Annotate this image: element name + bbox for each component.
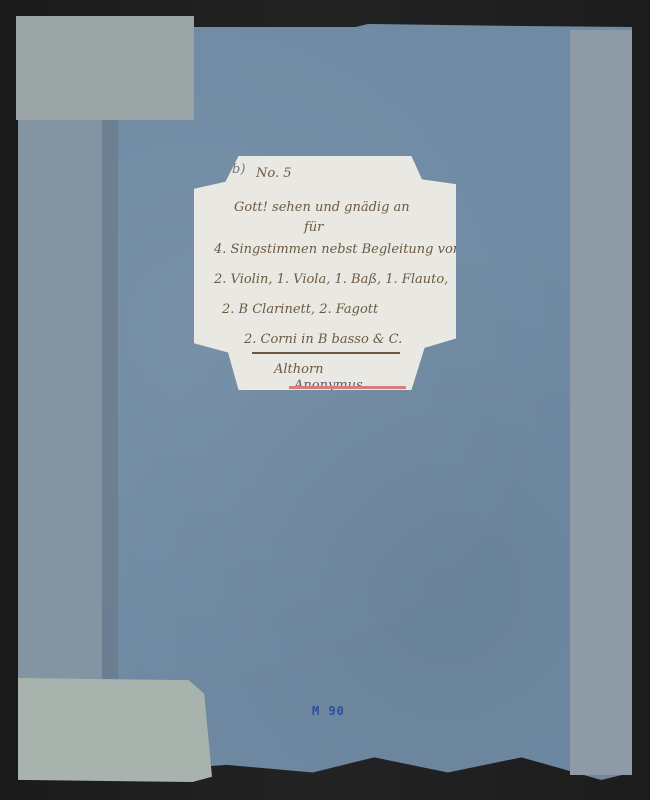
right-paper-strip — [570, 30, 632, 775]
red-underline — [289, 386, 406, 389]
label-divider — [252, 352, 400, 354]
label-title: Gott! sehen und gnädig an — [234, 200, 456, 215]
label-voices: 4. Singstimmen nebst Begleitung von — [214, 242, 456, 257]
top-left-tape — [16, 16, 194, 120]
label-strings: 2. Violin, 1. Viola, 1. Baß, 1. Flauto, — [214, 272, 456, 287]
label-for: für — [304, 220, 456, 235]
spine-binding — [18, 110, 118, 710]
shelfmark-stamp: M 90 — [312, 704, 345, 718]
title-label: b) No. 5 Gott! sehen und gnädig an für 4… — [194, 156, 456, 390]
label-horns: 2. Corni in B basso & C. — [244, 332, 456, 347]
bottom-left-tape — [18, 678, 212, 782]
label-winds: 2. B Clarinett, 2. Fagott — [222, 302, 456, 317]
